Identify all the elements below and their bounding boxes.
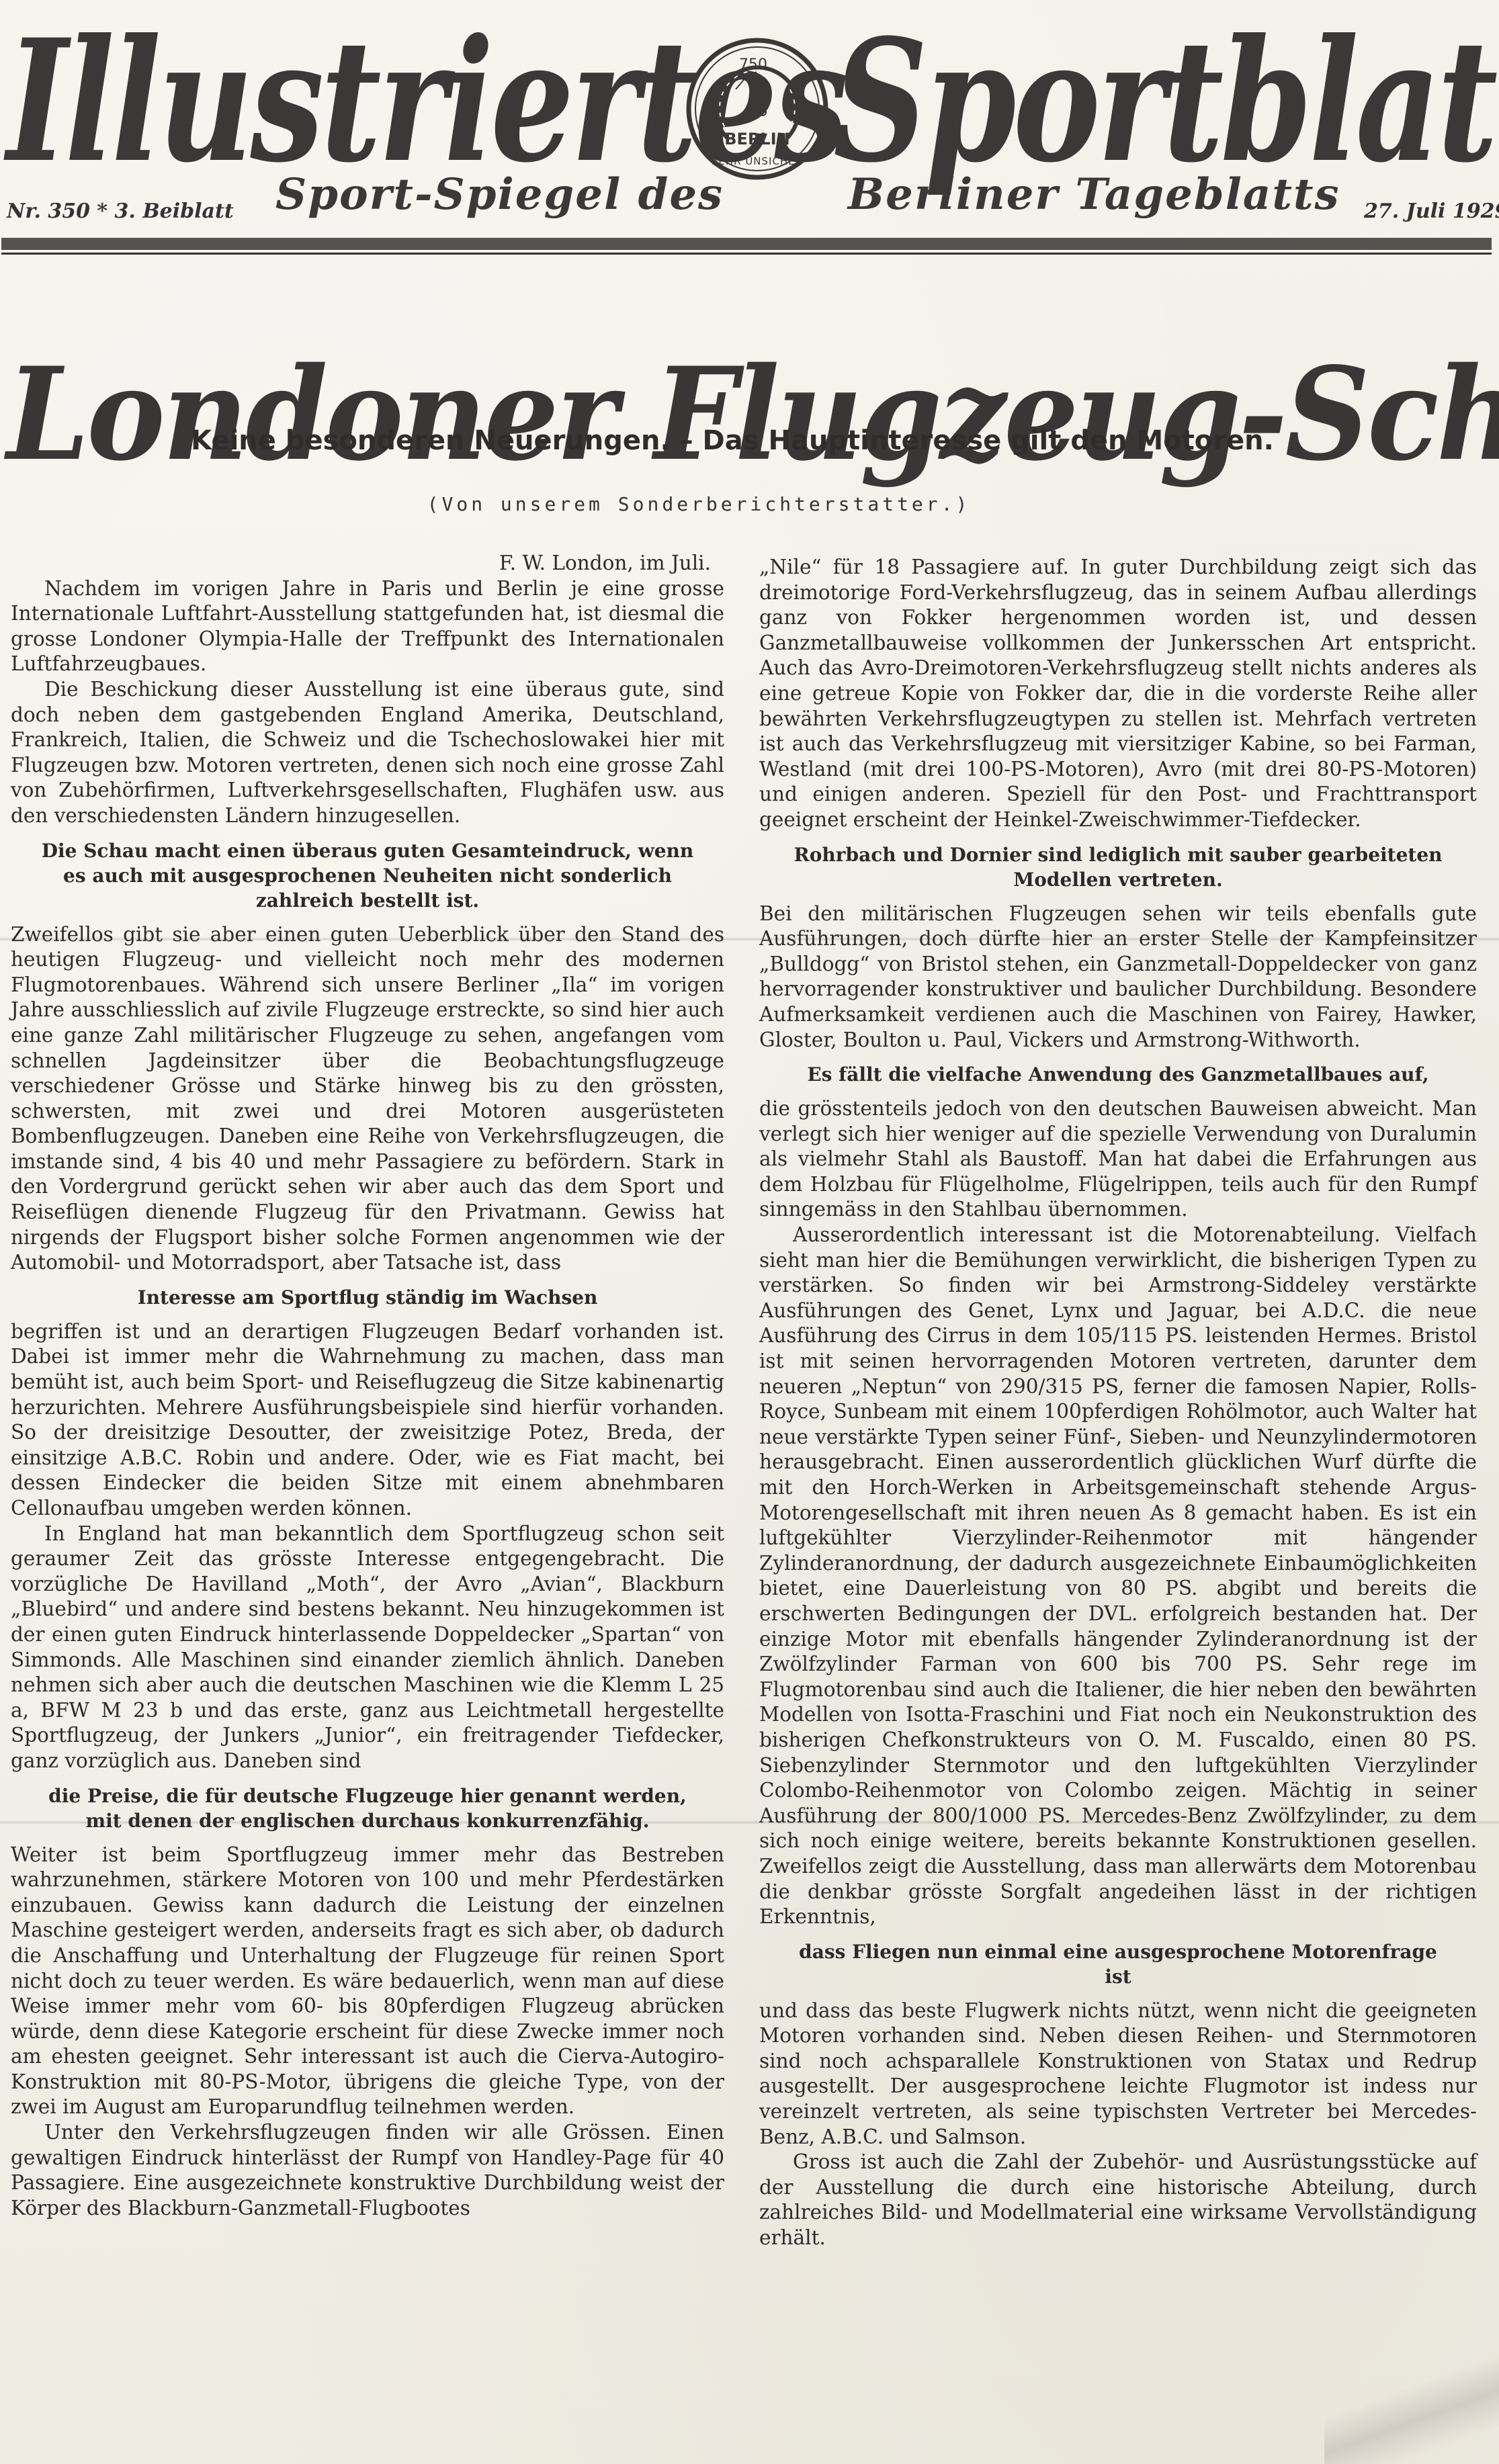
section-heading: die Preise, die für deutsche Flugzeuge h… bbox=[38, 1784, 697, 1833]
section-heading: Es fällt die vielfache Anwendung des Gan… bbox=[786, 1062, 1450, 1087]
article-paragraph: „Nile“ für 18 Passagiere auf. In guter D… bbox=[759, 555, 1477, 833]
svg-text:SEHR UNSICHER: SEHR UNSICHER bbox=[712, 155, 803, 167]
article-paragraph: Nachdem im vorigen Jahre in Paris und Be… bbox=[11, 576, 724, 677]
issue-number: Nr. 350 * 3. Beiblatt bbox=[7, 199, 234, 224]
section-heading: Die Schau macht einen überaus guten Gesa… bbox=[38, 838, 697, 913]
paper-scuff bbox=[1324, 2343, 1499, 2464]
issue-date: 27. Juli 1929 bbox=[1364, 199, 1499, 224]
article-paragraph: Gross ist auch die Zahl der Zubehör- und… bbox=[759, 2150, 1477, 2250]
article-paragraph: Zweifellos gibt sie aber einen guten Ueb… bbox=[11, 922, 724, 1276]
article-paragraph: Unter den Verkehrsflugzeugen finden wir … bbox=[11, 2120, 724, 2221]
article-paragraph: und dass das beste Flugwerk nichts nützt… bbox=[759, 1998, 1477, 2150]
masthead-subtitle-right: Berliner Tageblatts bbox=[848, 168, 1340, 222]
article-column-left: F. W. London, im Juli. Nachdem im vorige… bbox=[11, 551, 724, 2221]
masthead-rule-thick bbox=[1, 238, 1492, 250]
article-paragraph: die grösstenteils jedoch von den deutsch… bbox=[759, 1096, 1477, 1223]
berlin-seal-icon: 750 BERLIN SEHR UNSICHER bbox=[685, 37, 830, 181]
masthead-subtitle-left: Sport-Spiegel des bbox=[275, 168, 724, 222]
svg-text:750: 750 bbox=[739, 56, 767, 73]
masthead-title-right: Sportblatt bbox=[833, 7, 1499, 195]
article-paragraph: Die Beschickung dieser Ausstellung ist e… bbox=[11, 677, 724, 829]
article-paragraph: Bei den militärischen Flugzeugen sehen w… bbox=[759, 901, 1477, 1053]
section-heading: Rohrbach und Dornier sind lediglich mit … bbox=[786, 842, 1450, 892]
article-byline: (Von unserem Sonderberichterstatter.) bbox=[0, 492, 1398, 517]
section-heading: dass Fliegen nun einmal eine ausgesproch… bbox=[786, 1939, 1450, 1989]
article-paragraph: In England hat man bekanntlich dem Sport… bbox=[11, 1522, 724, 1774]
article-column-right: „Nile“ für 18 Passagiere auf. In guter D… bbox=[759, 555, 1477, 2251]
masthead-rule-thin bbox=[1, 253, 1492, 255]
article-dateline: F. W. London, im Juli. bbox=[11, 551, 724, 576]
article-subhead: Keine besonderen Neuerungen. – Das Haupt… bbox=[0, 423, 1465, 458]
svg-text:BERLIN: BERLIN bbox=[724, 130, 789, 148]
article-paragraph: Ausserordentlich interessant ist die Mot… bbox=[759, 1223, 1477, 1930]
article-paragraph: Weiter ist beim Sportflugzeug immer mehr… bbox=[11, 1843, 724, 2121]
article-paragraph: begriffen ist und an derartigen Flugzeug… bbox=[11, 1319, 724, 1522]
section-heading: Interesse am Sportflug ständig im Wachse… bbox=[38, 1285, 697, 1310]
